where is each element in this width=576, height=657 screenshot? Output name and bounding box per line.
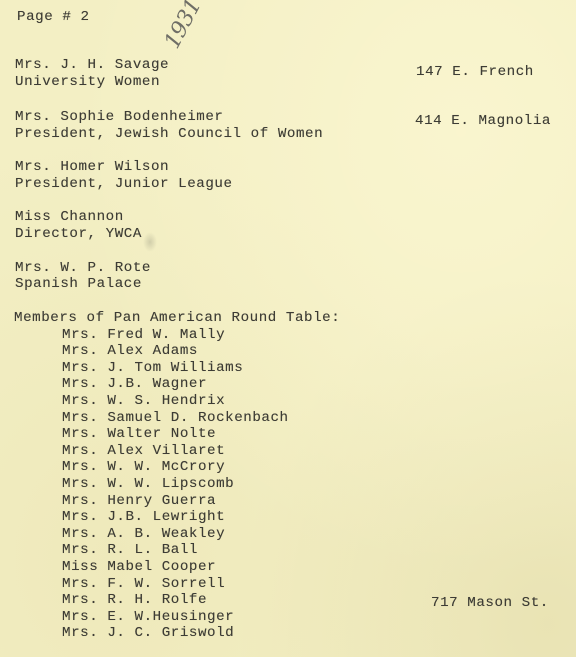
member-item: Mrs. Henry Guerra: [62, 493, 216, 509]
entry-name: Miss Channon: [15, 209, 124, 225]
member-address: 717 Mason St.: [431, 595, 549, 611]
page-label: Page # 2: [17, 9, 90, 25]
members-heading: Members of Pan American Round Table:: [14, 310, 340, 326]
member-item: Mrs. Alex Villaret: [62, 443, 225, 459]
entry-name: Mrs. Sophie Bodenheimer: [15, 109, 223, 125]
member-item: Mrs. Fred W. Mally: [62, 327, 225, 343]
member-item: Mrs. W. W. McCrory: [62, 459, 225, 475]
entry-title: Director, YWCA: [15, 226, 142, 242]
member-item: Mrs. J. Tom Williams: [62, 360, 243, 376]
member-item: Mrs. W. W. Lipscomb: [62, 476, 234, 492]
entry-title: President, Junior League: [15, 176, 233, 192]
entry-name: Mrs. Homer Wilson: [15, 159, 169, 175]
member-item: Mrs. E. W.Heusinger: [62, 609, 234, 625]
handwritten-year-note: 1931: [160, 0, 206, 53]
entry-address: 147 E. French: [416, 64, 534, 80]
member-item: Mrs. J.B. Wagner: [62, 376, 207, 392]
member-item: Mrs. Walter Nolte: [62, 426, 216, 442]
member-item: Mrs. J.B. Lewright: [62, 509, 225, 525]
typewritten-page: Page # 2 1931 Mrs. J. H. Savage Universi…: [0, 0, 576, 657]
member-item: Mrs. J. C. Griswold: [62, 625, 234, 641]
entry-title: President, Jewish Council of Women: [15, 126, 323, 142]
member-item: Mrs. W. S. Hendrix: [62, 393, 225, 409]
member-item: Mrs. A. B. Weakley: [62, 526, 225, 542]
entry-name: Mrs. W. P. Rote: [15, 260, 151, 276]
entry-address: 414 E. Magnolia: [415, 113, 551, 129]
member-item: Miss Mabel Cooper: [62, 559, 216, 575]
entry-title: Spanish Palace: [15, 276, 142, 292]
ink-smudge: [143, 232, 157, 252]
member-item: Mrs. R. L. Ball: [62, 542, 198, 558]
member-item: Mrs. Alex Adams: [62, 343, 198, 359]
member-item: Mrs. R. H. Rolfe: [62, 592, 207, 608]
member-item: Mrs. F. W. Sorrell: [62, 576, 225, 592]
entry-name: Mrs. J. H. Savage: [15, 57, 169, 73]
entry-title: University Women: [15, 74, 160, 90]
member-item: Mrs. Samuel D. Rockenbach: [62, 410, 289, 426]
